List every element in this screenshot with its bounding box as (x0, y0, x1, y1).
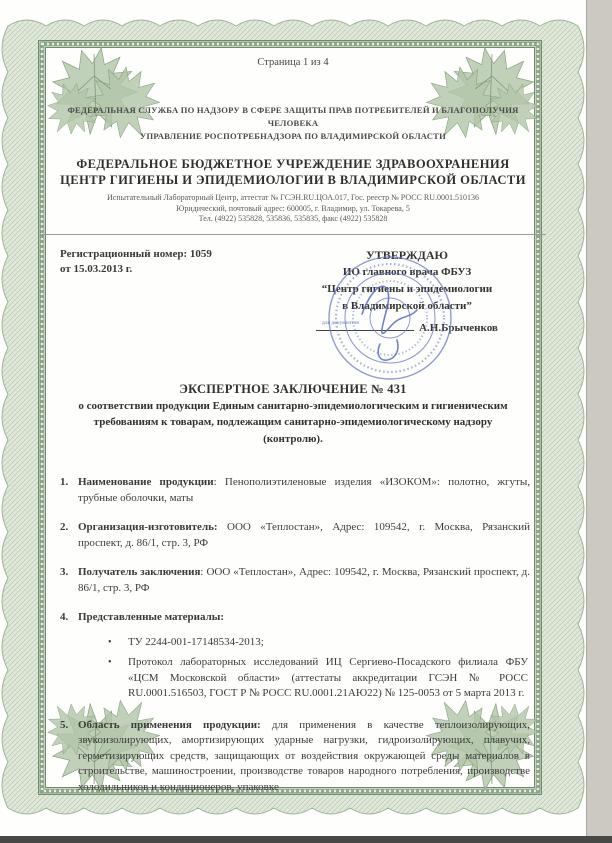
page-indicator: Страница 1 из 4 (54, 57, 532, 68)
header-divider (40, 234, 546, 235)
signature-row: для документовА.Н.Брыченков (294, 319, 520, 334)
page-edge-shadow (0, 836, 612, 843)
approval-block: УТВЕРЖДАЮ ИО главного врача ФБУЗ “Центр … (294, 247, 520, 337)
federal-service-line: ФЕДЕРАЛЬНАЯ СЛУЖБА ПО НАДЗОРУ В СФЕРЕ ЗА… (54, 104, 532, 130)
address-line: Юридический, почтовый адрес: 600005, г. … (54, 204, 532, 215)
item-application-area: 5. Область применения продукции: для при… (54, 718, 532, 796)
approver-org-quote: в Владимирской области” (294, 298, 520, 315)
government-header: ФЕДЕРАЛЬНАЯ СЛУЖБА ПО НАДЗОРУ В СФЕРЕ ЗА… (54, 104, 532, 143)
organization-details: Испытательный Лабораторный Центр, аттест… (54, 193, 532, 225)
signer-name: А.Н.Брыченков (419, 322, 498, 334)
registration-number: Регистрационный номер: 1059 (60, 247, 212, 263)
registration-approval-row: Регистрационный номер: 1059 от 15.03.201… (54, 247, 532, 337)
material-entry: • ТУ 2244-001-17148534-2013; (102, 635, 530, 651)
document-subtitle: о соответствии продукции Единым санитарн… (54, 398, 532, 448)
registration-date: от 15.03.2013 г. (60, 262, 212, 278)
approver-org-quote: “Центр гигиены и эпидемиологии (294, 281, 520, 298)
approver-position: ИО главного врача ФБУЗ (294, 264, 520, 281)
material-text: ТУ 2244-001-17148534-2013; (128, 635, 530, 651)
document-page: Страница 1 из 4 ФЕДЕРАЛЬНАЯ СЛУЖБА ПО НА… (0, 0, 586, 836)
document-content: Страница 1 из 4 ФЕДЕРАЛЬНАЯ СЛУЖБА ПО НА… (46, 44, 540, 809)
item-recipient: 3. Получатель заключения: ООО «Теплостан… (54, 565, 532, 596)
item-materials: 4. Представленные материалы: • ТУ 2244-0… (54, 610, 532, 702)
issuing-organization-name: ФЕДЕРАЛЬНОЕ БЮДЖЕТНОЕ УЧРЕЖДЕНИЕ ЗДРАВОО… (54, 156, 532, 188)
accreditation-line: Испытательный Лабораторный Центр, аттест… (54, 193, 532, 204)
stamp-inner-text: для документов (322, 320, 359, 326)
approve-label: УТВЕРЖДАЮ (294, 247, 520, 264)
document-title: ЭКСПЕРТНОЕ ЗАКЛЮЧЕНИЕ № 431 (54, 381, 532, 398)
bullet-icon: • (102, 635, 128, 651)
bullet-icon: • (102, 655, 128, 702)
phone-line: Тел. (4922) 535828, 535836, 535835, факс… (54, 214, 532, 225)
scanner-background-strip (586, 0, 612, 836)
registration-block: Регистрационный номер: 1059 от 15.03.201… (54, 247, 212, 337)
item-manufacturer: 2. Организация-изготовитель: ООО «Теплос… (54, 520, 532, 551)
scan-viewport: Страница 1 из 4 ФЕДЕРАЛЬНАЯ СЛУЖБА ПО НА… (0, 0, 612, 843)
material-entry: • Протокол лабораторных исследований ИЦ … (102, 655, 530, 702)
item-product-name: 1. Наименование продукции: Пенополиэтиле… (54, 475, 532, 506)
numbered-items: 1. Наименование продукции: Пенополиэтиле… (54, 475, 532, 795)
document-title-block: ЭКСПЕРТНОЕ ЗАКЛЮЧЕНИЕ № 431 о соответств… (54, 381, 532, 448)
material-text: Протокол лабораторных исследований ИЦ Се… (128, 655, 530, 702)
regional-office-line: УПРАВЛЕНИЕ РОСПОТРЕБНАДЗОРА ПО ВЛАДИМИРС… (54, 130, 532, 143)
